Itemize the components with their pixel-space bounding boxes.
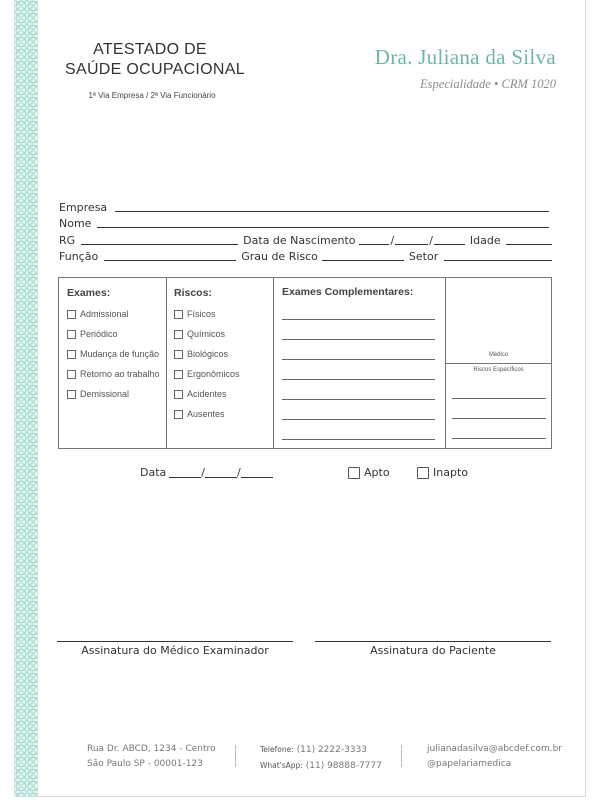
footer-divider [401,745,402,767]
checkbox[interactable] [174,330,183,339]
exam-option-demissional[interactable]: Demissional [67,389,129,399]
decorative-pattern-band [14,0,38,797]
idade-field[interactable] [506,233,552,245]
patient-signature-line[interactable] [315,641,551,642]
document-title: ATESTADO DE SAÚDE OCUPACIONAL [65,40,235,80]
footer-address: Rua Dr. ABCD, 1234 - Centro São Paulo SP… [87,742,216,772]
patient-signature: Assinatura do Paciente [315,641,551,657]
setor-label: Setor [409,250,438,263]
inapto-label: Inapto [433,466,468,479]
date-label: Data [140,466,166,479]
option-label: Químicos [187,329,225,339]
option-label: Ausentes [187,409,225,419]
whatsapp-label: What'sApp: [260,761,303,770]
footer-divider [235,745,236,767]
option-label: Ergonômicos [187,369,240,379]
riscos-column: Riscos: Físicos Químicos Biológicos Ergo… [167,278,274,448]
exam-option-retorno-trabalho[interactable]: Retorno ao trabalho [67,369,160,379]
option-label: Periódico [80,329,118,339]
checkbox[interactable] [67,330,76,339]
checkbox[interactable] [174,390,183,399]
option-label: Físicos [187,309,216,319]
checkbox[interactable] [174,310,183,319]
idade-label: Idade [470,234,501,247]
setor-field[interactable] [444,249,552,261]
patient-signature-label: Assinatura do Paciente [315,644,551,657]
field-row-empresa: Empresa [59,197,552,214]
grau-risco-field[interactable] [322,249,404,261]
medico-column: Médico Riscos Específicos [446,278,551,448]
rg-label: RG [59,234,75,247]
empresa-label: Empresa [59,201,107,214]
option-label: Retorno ao trabalho [80,369,160,379]
complementar-line[interactable] [282,399,435,400]
result-day-field[interactable] [169,466,201,478]
field-row-rg: RG Data de Nascimento / / Idade [59,230,552,247]
birth-date-label: Data de Nascimento [243,234,355,247]
riscos-heading: Riscos: [174,287,212,299]
risk-option-ausentes[interactable]: Ausentes [174,409,225,419]
riscos-especificos-label: Riscos Específicos [446,367,551,373]
address-line-2: São Paulo SP - 00001-123 [87,757,216,772]
risco-especifico-line[interactable] [452,398,546,399]
option-label: Acidentes [187,389,227,399]
social-handle[interactable]: @papelariamedica [427,757,562,772]
grau-risco-label: Grau de Risco [241,250,318,263]
birth-month-field[interactable] [395,233,428,245]
doctor-signature-line[interactable] [57,641,293,642]
empresa-field[interactable] [115,200,549,212]
footer-contact: Telefone: (11) 2222-3333 What'sApp: (11)… [260,742,382,774]
complementar-line[interactable] [282,319,435,320]
doctor-signature: Assinatura do Médico Examinador [57,641,293,657]
phone-label: Telefone: [260,745,294,754]
footer-online: julianadasilva@abcdef.com.br @papelariam… [427,742,562,772]
apto-checkbox[interactable] [348,467,360,479]
funcao-field[interactable] [104,249,236,261]
complementares-heading: Exames Complementares: [282,286,413,298]
nome-label: Nome [59,217,91,230]
checkbox[interactable] [174,350,183,359]
risco-especifico-line[interactable] [452,418,546,419]
option-label: Biológicos [187,349,228,359]
exames-heading: Exames: [67,287,110,299]
doctor-signature-label: Assinatura do Médico Examinador [57,644,293,657]
doctor-name: Dra. Juliana da Silva [375,45,556,70]
birth-year-field[interactable] [434,233,465,245]
checkbox[interactable] [174,410,183,419]
address-line-1: Rua Dr. ABCD, 1234 - Centro [87,742,216,757]
risk-option-acidentes[interactable]: Acidentes [174,389,227,399]
email-link[interactable]: julianadasilva@abcdef.com.br [427,742,562,757]
whatsapp-number[interactable]: (11) 98888-7777 [306,761,382,771]
nome-field[interactable] [97,216,549,228]
option-label: Admissional [80,309,129,319]
rg-field[interactable] [81,233,238,245]
apto-option[interactable]: Apto [348,466,390,479]
copy-info: 1ª Via Empresa / 2ª Via Funcionário [62,91,242,100]
complementar-line[interactable] [282,359,435,360]
exam-option-mudanca-funcao[interactable]: Mudança de função [67,349,159,359]
risk-option-fisicos[interactable]: Físicos [174,309,216,319]
risk-option-ergonomicos[interactable]: Ergonômicos [174,369,240,379]
result-date: Data / / [140,466,273,479]
risk-option-quimicos[interactable]: Químicos [174,329,225,339]
risk-option-biologicos[interactable]: Biológicos [174,349,228,359]
birth-day-field[interactable] [359,233,389,245]
exam-grid: Exames: Admissional Periódico Mudança de… [58,277,552,449]
patient-fields: Empresa Nome RG Data de Nascimento / / I… [59,197,552,263]
medico-label: Médico [446,352,551,358]
checkbox[interactable] [67,370,76,379]
result-month-field[interactable] [205,466,237,478]
complementar-line[interactable] [282,339,435,340]
apto-label: Apto [364,466,390,479]
complementar-line[interactable] [282,419,435,420]
checkbox[interactable] [67,310,76,319]
phone-number[interactable]: (11) 2222-3333 [297,745,367,755]
complementar-line[interactable] [282,439,435,440]
title-line-2: SAÚDE OCUPACIONAL [65,60,235,80]
field-row-funcao: Função Grau de Risco Setor [59,247,552,264]
complementares-column: Exames Complementares: [274,278,446,448]
inapto-checkbox[interactable] [417,467,429,479]
exam-option-periodico[interactable]: Periódico [67,329,118,339]
inapto-option[interactable]: Inapto [417,466,468,479]
risco-especifico-line[interactable] [452,438,546,439]
title-line-1: ATESTADO DE [65,40,235,60]
exam-option-admissional[interactable]: Admissional [67,309,129,319]
field-row-nome: Nome [59,214,552,231]
doctor-specialty: Especialidade • CRM 1020 [420,77,556,92]
option-label: Mudança de função [80,349,159,359]
exames-column: Exames: Admissional Periódico Mudança de… [59,278,167,448]
checkbox[interactable] [174,370,183,379]
option-label: Demissional [80,389,129,399]
checkbox[interactable] [67,350,76,359]
date-separator: / [390,234,394,247]
funcao-label: Função [59,250,98,263]
date-separator: / [429,234,433,247]
result-year-field[interactable] [241,466,273,478]
complementar-line[interactable] [282,379,435,380]
checkbox[interactable] [67,390,76,399]
